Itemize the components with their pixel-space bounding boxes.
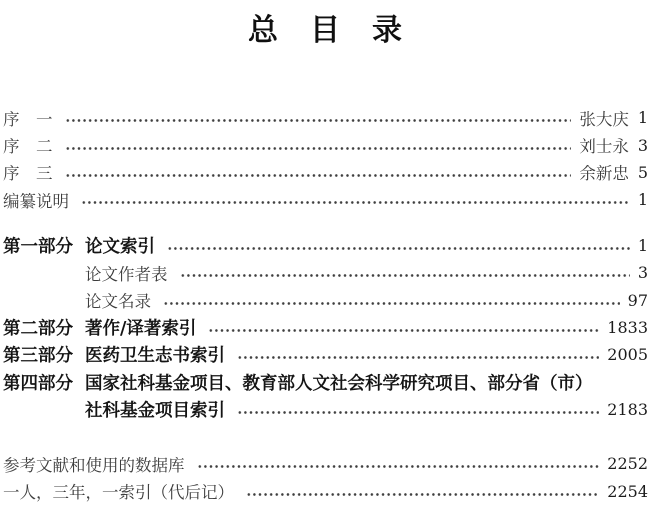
entry-author: 张大庆 [579, 106, 629, 130]
entry-label: 参考文献和使用的数据库 [3, 452, 185, 476]
part-title-line-1: 国家社科基金项目、教育部人文社会科学研究项目、部分省（市） [85, 370, 593, 395]
entry-label: 序 一 [3, 106, 53, 130]
entry-page-number: 3 [638, 263, 648, 282]
part-label: 第一部分 [3, 233, 85, 258]
toc-entry-preface-3: 序 三 余新忠 5 [3, 159, 648, 186]
toc-entry-postscript: 一人，三年，一索引（代后记） 2254 [3, 478, 648, 505]
entry-author: 刘士永 [579, 133, 629, 157]
entry-label: 序 二 [3, 133, 53, 157]
entry-page-number: 2183 [607, 400, 648, 419]
entry-page-number: 1 [638, 236, 648, 255]
entry-label: 论文作者表 [85, 261, 168, 285]
entry-page-number: 97 [628, 291, 648, 310]
preface-section: 序 一 张大庆 1 序 二 刘士永 3 序 三 余新忠 5 编纂说明 1 [3, 104, 648, 214]
back-matter-section: 参考文献和使用的数据库 2252 一人，三年，一索引（代后记） 2254 [3, 450, 648, 505]
dot-leader [65, 159, 572, 186]
toc-entry-preface-2: 序 二 刘士永 3 [3, 131, 648, 158]
entry-page-number: 2252 [607, 454, 648, 473]
dot-leader [208, 314, 599, 341]
part-label: 第四部分 [3, 370, 85, 395]
part-title: 著作/译著索引 [85, 315, 196, 340]
part-title-line-2: 社科基金项目索引 [85, 397, 225, 422]
entry-page-number: 5 [638, 163, 648, 182]
entry-page-number: 1 [638, 190, 648, 209]
toc-entry-part-4-line-1: 第四部分 国家社科基金项目、教育部人文社会科学研究项目、部分省（市） [3, 369, 648, 396]
part-label: 第三部分 [3, 342, 85, 367]
parts-section: 第一部分 论文索引 1 论文作者表 3 论文名录 97 第二部分 著作/译著索引… [3, 232, 648, 424]
toc-entry-part-1-sub-2: 论文名录 97 [3, 286, 648, 313]
toc-entry-part-4-line-2: 社科基金项目索引 2183 [3, 396, 648, 423]
entry-label: 论文名录 [85, 288, 151, 312]
part-title: 论文索引 [85, 233, 155, 258]
entry-author: 余新忠 [579, 160, 629, 184]
entry-page-number: 1 [638, 108, 648, 127]
part-label: 第二部分 [3, 315, 85, 340]
toc-entry-part-1: 第一部分 论文索引 1 [3, 232, 648, 259]
dot-leader [167, 232, 630, 259]
toc-entry-compilation-notes: 编纂说明 1 [3, 186, 648, 213]
toc-entry-part-3: 第三部分 医药卫生志书索引 2005 [3, 341, 648, 368]
toc-entry-preface-1: 序 一 张大庆 1 [3, 104, 648, 131]
toc-page: 总 目 录 序 一 张大庆 1 序 二 刘士永 3 序 三 余新忠 5 编纂说明… [0, 0, 650, 509]
entry-label: 序 三 [3, 160, 53, 184]
dot-leader [246, 478, 599, 505]
part-title: 医药卫生志书索引 [85, 342, 225, 367]
entry-page-number: 2005 [607, 345, 648, 364]
toc-entry-part-2: 第二部分 著作/译著索引 1833 [3, 314, 648, 341]
entry-page-number: 3 [638, 136, 648, 155]
dot-leader [163, 286, 620, 313]
entry-label: 编纂说明 [3, 188, 69, 212]
dot-leader [65, 104, 572, 131]
dot-leader [237, 341, 599, 368]
entry-label: 一人，三年，一索引（代后记） [3, 479, 234, 503]
dot-leader [65, 131, 572, 158]
dot-leader [197, 450, 600, 477]
dot-leader [81, 186, 630, 213]
entry-page-number: 1833 [607, 318, 648, 337]
dot-leader [237, 396, 599, 423]
dot-leader [180, 259, 630, 286]
toc-entry-part-1-sub-1: 论文作者表 3 [3, 259, 648, 286]
toc-entry-references: 参考文献和使用的数据库 2252 [3, 450, 648, 477]
entry-page-number: 2254 [607, 482, 648, 501]
page-title: 总 目 录 [3, 0, 648, 48]
